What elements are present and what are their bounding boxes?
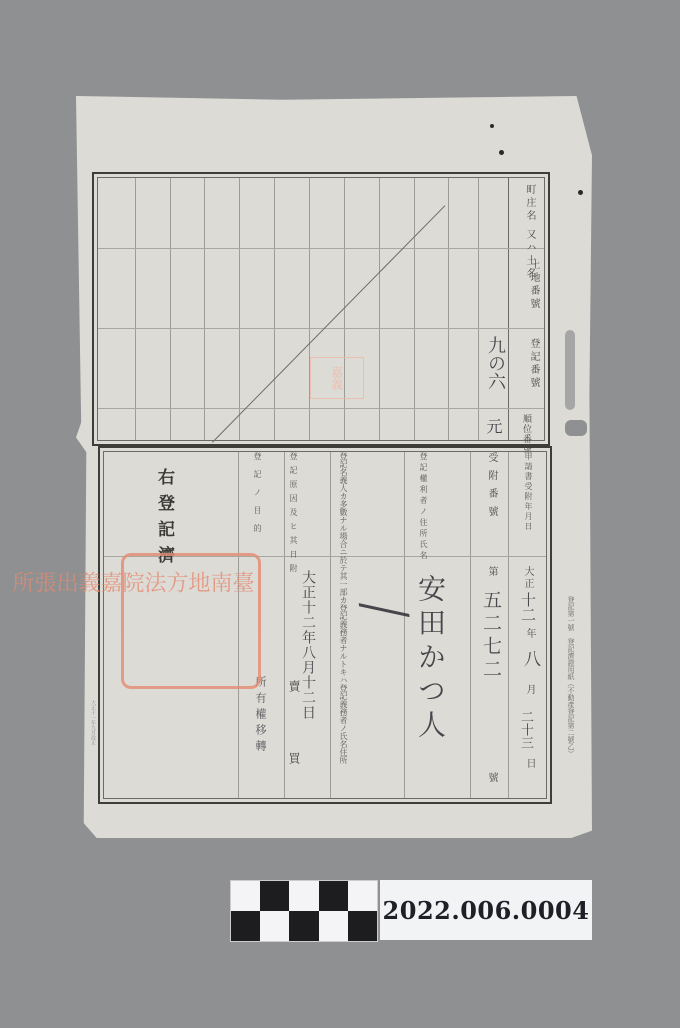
date-day-suffix: 日 xyxy=(522,758,537,771)
cause-type-1: 賣 xyxy=(286,680,303,695)
handwritten-registry-number: 九の六 xyxy=(482,336,508,390)
top-registration-table: 町庄名 又ハ土名 土地番號 登記番號 順位番號 九の六 元 xyxy=(92,172,550,446)
header-registry-number: 登記番號 xyxy=(526,338,541,390)
ink-spot xyxy=(578,190,583,195)
court-red-seal: 臺南地方法院嘉義出張所 xyxy=(121,553,261,689)
date-year-suffix: 年 xyxy=(522,628,537,641)
header-cause-and-date: 登記原因及ヒ其日附 xyxy=(288,452,299,557)
accession-number: 2022.006.0004 xyxy=(380,880,592,940)
date-era: 大正 xyxy=(520,566,535,590)
header-land-number: 土地番號 xyxy=(526,259,541,311)
header-purpose: 登記ノ目的 xyxy=(252,452,263,542)
cause-date: 大正十二年八月十二日 xyxy=(298,570,318,720)
handwritten-order-number: 元 xyxy=(482,418,505,434)
catalog-tag: 2022.006.0004 xyxy=(230,880,592,940)
receipt-number: 五二七二 xyxy=(478,590,505,682)
header-right-holder: 登記權利者ノ住所氏名 xyxy=(418,452,429,557)
header-multiple-names-note: 登記名義人カ多數ナル場合ニ於テ其一部カ登記義務者ナルトキハ登記義務者ノ氏名住所 xyxy=(338,452,349,557)
header-receipt-number: 受附番號 xyxy=(484,452,499,524)
cause-type-2: 買 xyxy=(286,752,303,767)
date-month-suffix: 月 xyxy=(522,684,537,697)
small-red-seal: 嘉義 xyxy=(310,357,364,399)
date-month: 八 xyxy=(518,650,543,667)
receipt-suffix: 號 xyxy=(484,772,499,785)
header-application-date: 申請書受附年月日 xyxy=(523,452,534,532)
paper-damage xyxy=(565,330,575,410)
side-print-right: 登記第一號 登記濟證用紙（不動產登記第二號乙） xyxy=(566,596,576,757)
ink-spot xyxy=(490,124,494,128)
receipt-prefix: 第 xyxy=(484,566,499,579)
ink-spot xyxy=(499,150,504,155)
date-year: 十二 xyxy=(518,592,539,622)
color-scale-checker xyxy=(230,880,378,942)
paper-damage xyxy=(565,420,587,436)
header-order-number: 順位番號 xyxy=(520,414,533,444)
date-day: 二十三 xyxy=(516,710,535,749)
side-print-left: 大正十一年九月改正 xyxy=(90,700,97,745)
